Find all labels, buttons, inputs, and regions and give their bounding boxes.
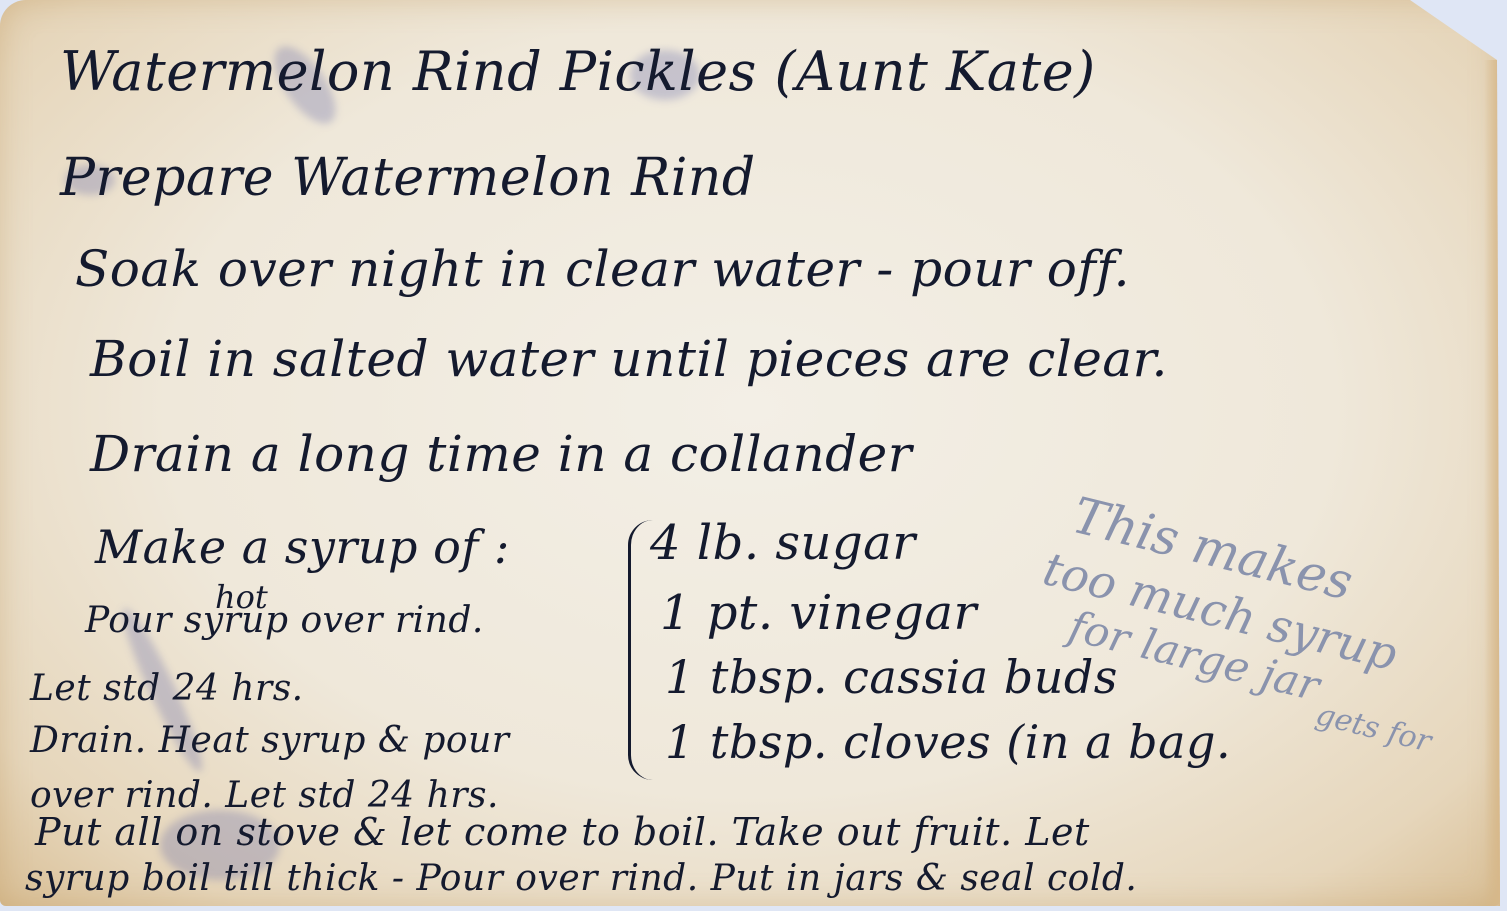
- recipe-line: Put all on stove & let come to boil. Tak…: [35, 810, 1090, 854]
- recipe-line: syrup boil till thick - Pour over rind. …: [25, 858, 1137, 899]
- recipe-title: Watermelon Rind Pickles (Aunt Kate): [60, 40, 1096, 103]
- ingredient-item: 4 lb. sugar: [650, 515, 916, 571]
- ingredient-item: 1 tbsp. cassia buds: [665, 650, 1118, 704]
- ingredient-item: 1 pt. vinegar: [660, 585, 977, 641]
- recipe-line: Soak over night in clear water - pour of…: [75, 240, 1130, 298]
- recipe-line: Drain a long time in a collander: [90, 425, 912, 483]
- recipe-line: Make a syrup of :: [95, 520, 510, 574]
- recipe-line: Pour syrup over rind.: [85, 600, 484, 641]
- recipe-line: Prepare Watermelon Rind: [60, 148, 756, 208]
- recipe-card: Watermelon Rind Pickles (Aunt Kate) Prep…: [0, 0, 1500, 906]
- ingredient-item: 1 tbsp. cloves (in a bag.: [665, 715, 1231, 769]
- recipe-line: Drain. Heat syrup & pour: [30, 720, 510, 761]
- recipe-line: Let std 24 hrs.: [30, 668, 304, 709]
- recipe-line: Boil in salted water until pieces are cl…: [90, 330, 1168, 388]
- margin-note: gets for: [1313, 700, 1434, 758]
- card-edge-stain: [1484, 60, 1500, 906]
